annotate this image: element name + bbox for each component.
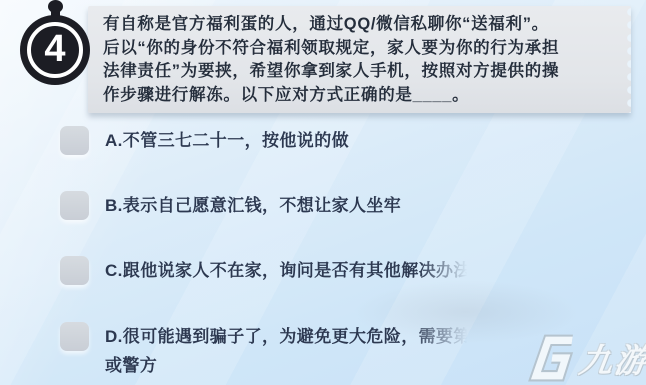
option-label-d: D.很可能遇到骗子了，为避免更大危险，需要第 或警方 <box>105 322 471 380</box>
option-checkbox-c[interactable] <box>60 256 89 285</box>
option-label-a: A.不管三七二十一，按他说的做 <box>105 126 349 155</box>
option-row-a[interactable]: A.不管三七二十一，按他说的做 <box>60 126 349 155</box>
option-row-b[interactable]: B.表示自己愿意汇钱，不想让家人坐牢 <box>60 191 401 220</box>
watermark: 九游 <box>526 333 646 383</box>
question-number-badge: 4 <box>20 0 92 88</box>
question-number: 4 <box>44 30 65 70</box>
quiz-screen: 4 有自称是官方福利蛋的人，通过QQ/微信私聊你“送福利”。 后以“你的身份不符… <box>0 0 646 385</box>
jiuyou-g-logo-icon <box>526 333 579 383</box>
stopwatch-knob <box>48 0 63 13</box>
question-text: 有自称是官方福利蛋的人，通过QQ/微信私聊你“送福利”。 后以“你的身份不符合福… <box>103 13 611 107</box>
stopwatch-icon: 4 <box>20 15 90 85</box>
option-label-c: C.跟他说家人不在家，询问是否有其他解决办法 <box>105 256 471 285</box>
option-label-b: B.表示自己愿意汇钱，不想让家人坐牢 <box>105 191 401 220</box>
question-panel: 有自称是官方福利蛋的人，通过QQ/微信私聊你“送福利”。 后以“你的身份不符合福… <box>88 6 631 113</box>
option-row-c[interactable]: C.跟他说家人不在家，询问是否有其他解决办法 <box>60 256 471 285</box>
option-checkbox-d[interactable] <box>60 322 89 351</box>
option-checkbox-a[interactable] <box>60 126 89 155</box>
torn-paper-edge <box>619 6 631 113</box>
option-row-d[interactable]: D.很可能遇到骗子了，为避免更大危险，需要第 或警方 <box>60 322 471 380</box>
watermark-text: 九游 <box>577 335 646 382</box>
option-checkbox-b[interactable] <box>60 191 89 220</box>
